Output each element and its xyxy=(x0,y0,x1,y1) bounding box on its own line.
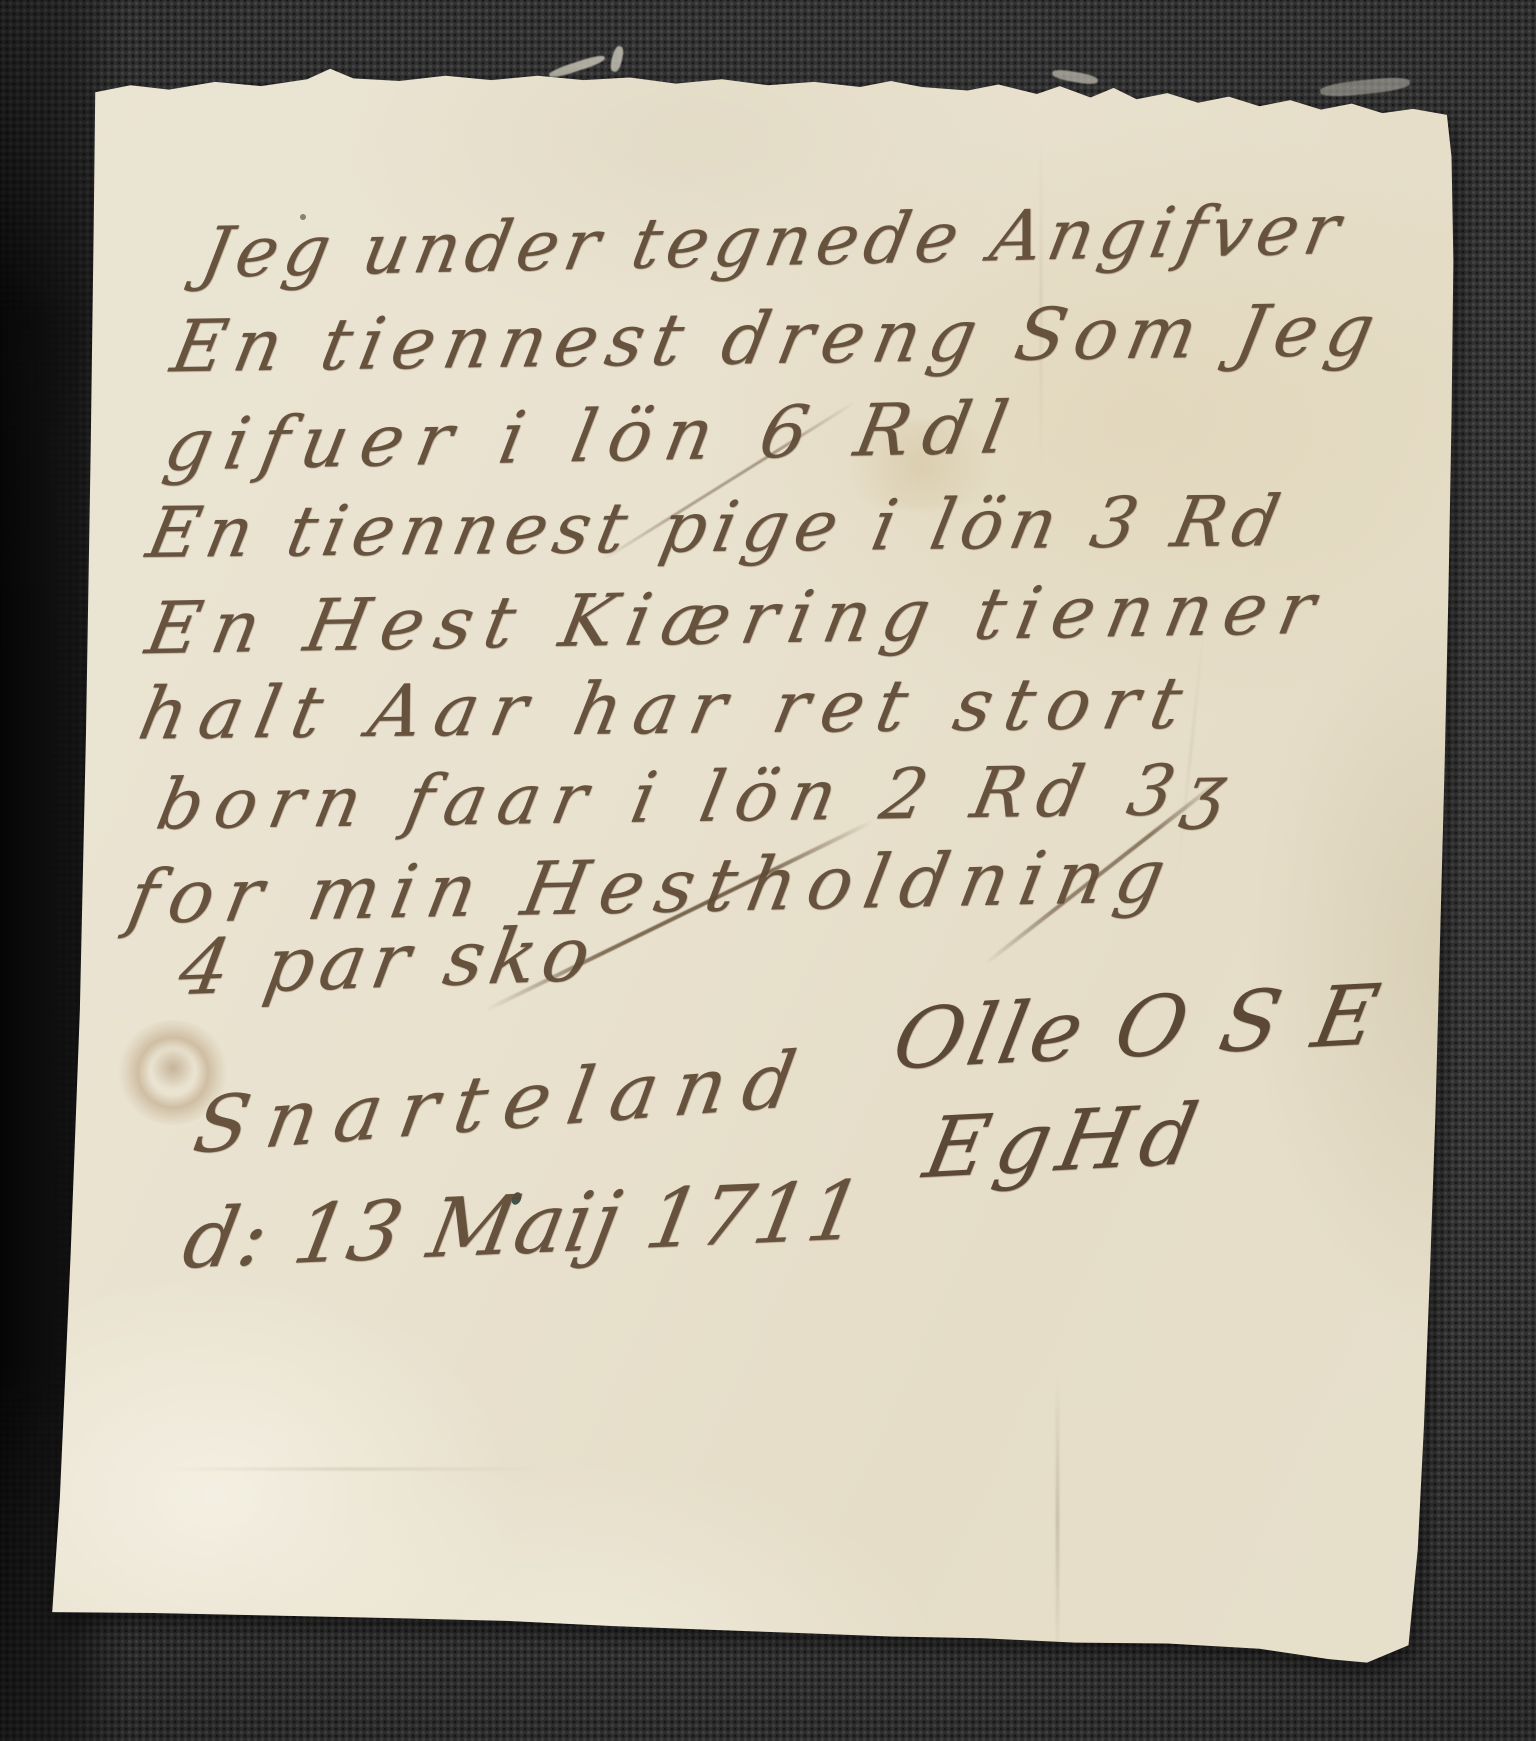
manuscript-line-6: halt Aar har ret stort xyxy=(132,661,1202,756)
paper-surface: Jeg under tegnede Angifver En tiennest d… xyxy=(0,0,1536,1741)
archive-photo: Jeg under tegnede Angifver En tiennest d… xyxy=(0,0,1536,1741)
manuscript-line-7: born faar i lön 2 Rd 3ʒ xyxy=(150,748,1245,845)
paper-crease xyxy=(1056,1380,1059,1665)
signature-line-1: Olle O S E xyxy=(886,966,1391,1089)
manuscript-paper-sheet: Jeg under tegnede Angifver En tiennest d… xyxy=(0,0,1536,1741)
manuscript-line-2: En tiennest dreng Som Jeg xyxy=(165,288,1391,389)
manuscript-line-1: Jeg under tegnede Angifver xyxy=(195,188,1353,294)
place-name: Snarteland xyxy=(187,1034,819,1171)
manuscript-line-9: 4 par sko xyxy=(173,909,603,1012)
paper-crease xyxy=(160,1468,540,1470)
signature-line-2: EgHd xyxy=(917,1085,1214,1197)
ink-smudge-stain xyxy=(150,1048,196,1088)
date-line: d: 13 Maij 1711 xyxy=(176,1163,871,1287)
manuscript-line-5: En Hest Kiæring tienner xyxy=(140,566,1334,670)
manuscript-line-4: En tiennest pige i lön 3 Rd xyxy=(140,480,1293,574)
